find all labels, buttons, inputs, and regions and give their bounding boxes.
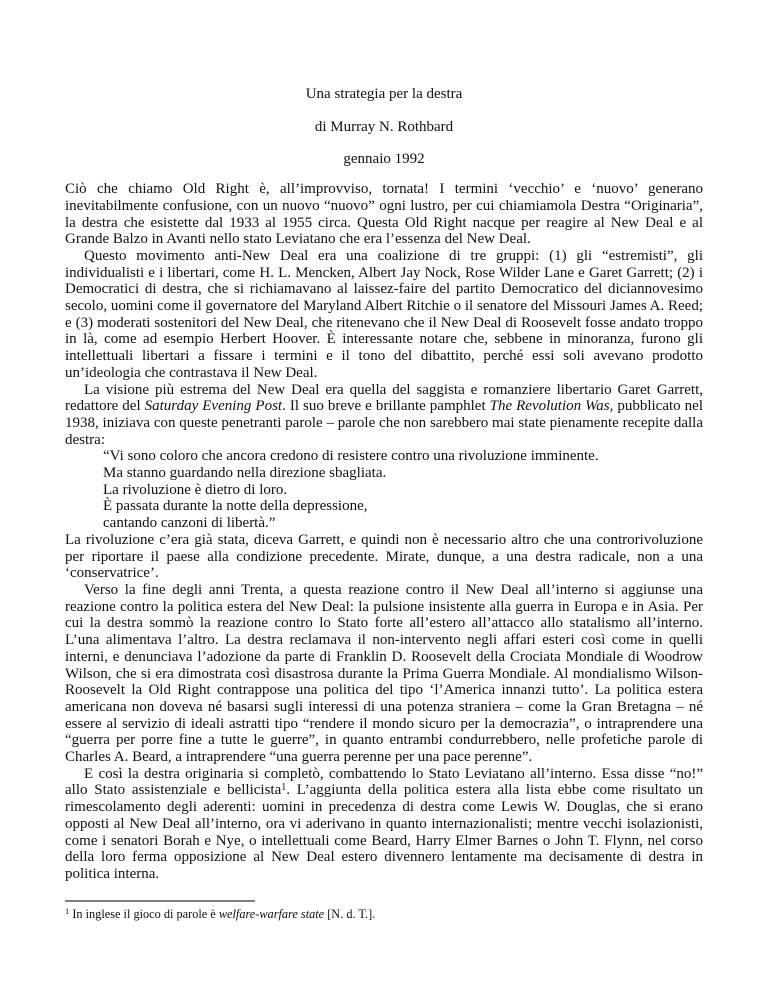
footnote: 1 In inglese il gioco di parole è welfar… xyxy=(65,907,703,922)
paragraph: E così la destra originaria si completò,… xyxy=(65,766,703,883)
paragraph: Ciò che chiamo Old Right è, all’improvvi… xyxy=(65,181,703,248)
paragraph: Verso la fine degli anni Trenta, a quest… xyxy=(65,582,703,766)
quote-line: È passata durante la notte della depress… xyxy=(65,498,703,515)
document-body: Ciò che chiamo Old Right è, all’improvvi… xyxy=(65,181,703,883)
text-run: Verso la fine degli anni Trenta, a quest… xyxy=(65,582,703,765)
paragraph: La rivoluzione c’era già stata, diceva G… xyxy=(65,532,703,582)
text-run: Questo movimento anti-New Deal era una c… xyxy=(65,248,703,381)
quote-line: cantando canzoni di libertà.” xyxy=(65,515,703,532)
footnote-text: In inglese il gioco di parole è welfare-… xyxy=(69,907,375,921)
italic-text: The Revolution Was xyxy=(490,398,610,414)
text-run: La rivoluzione c’era già stata, diceva G… xyxy=(65,532,703,581)
paragraph: Questo movimento anti-New Deal era una c… xyxy=(65,248,703,382)
text-run: [N. d. T.]. xyxy=(324,907,375,921)
document-byline: di Murray N. Rothbard xyxy=(65,119,703,136)
document-title: Una strategia per la destra xyxy=(65,86,703,103)
document-date: gennaio 1992 xyxy=(65,151,703,168)
text-run: Ciò che chiamo Old Right è, all’improvvi… xyxy=(65,181,703,247)
quote-line: La rivoluzione è dietro di loro. xyxy=(65,482,703,499)
quote-line: “Vi sono coloro che ancora credono di re… xyxy=(65,448,703,465)
italic-text: welfare-warfare state xyxy=(219,907,324,921)
text-run: . Il suo breve e brillante pamphlet xyxy=(282,398,490,414)
footnote-area: 1 In inglese il gioco di parole è welfar… xyxy=(65,900,703,922)
quote-line: Ma stanno guardando nella direzione sbag… xyxy=(65,465,703,482)
text-run: In inglese il gioco di parole è xyxy=(69,907,219,921)
document-page: Una strategia per la destra di Murray N.… xyxy=(0,0,768,994)
paragraph: La visione più estrema del New Deal era … xyxy=(65,382,703,449)
footnote-ref: 1 xyxy=(281,782,286,793)
footnote-marker: 1 xyxy=(65,906,69,916)
italic-text: Saturday Evening Post xyxy=(145,398,282,414)
footnote-separator xyxy=(65,900,255,902)
